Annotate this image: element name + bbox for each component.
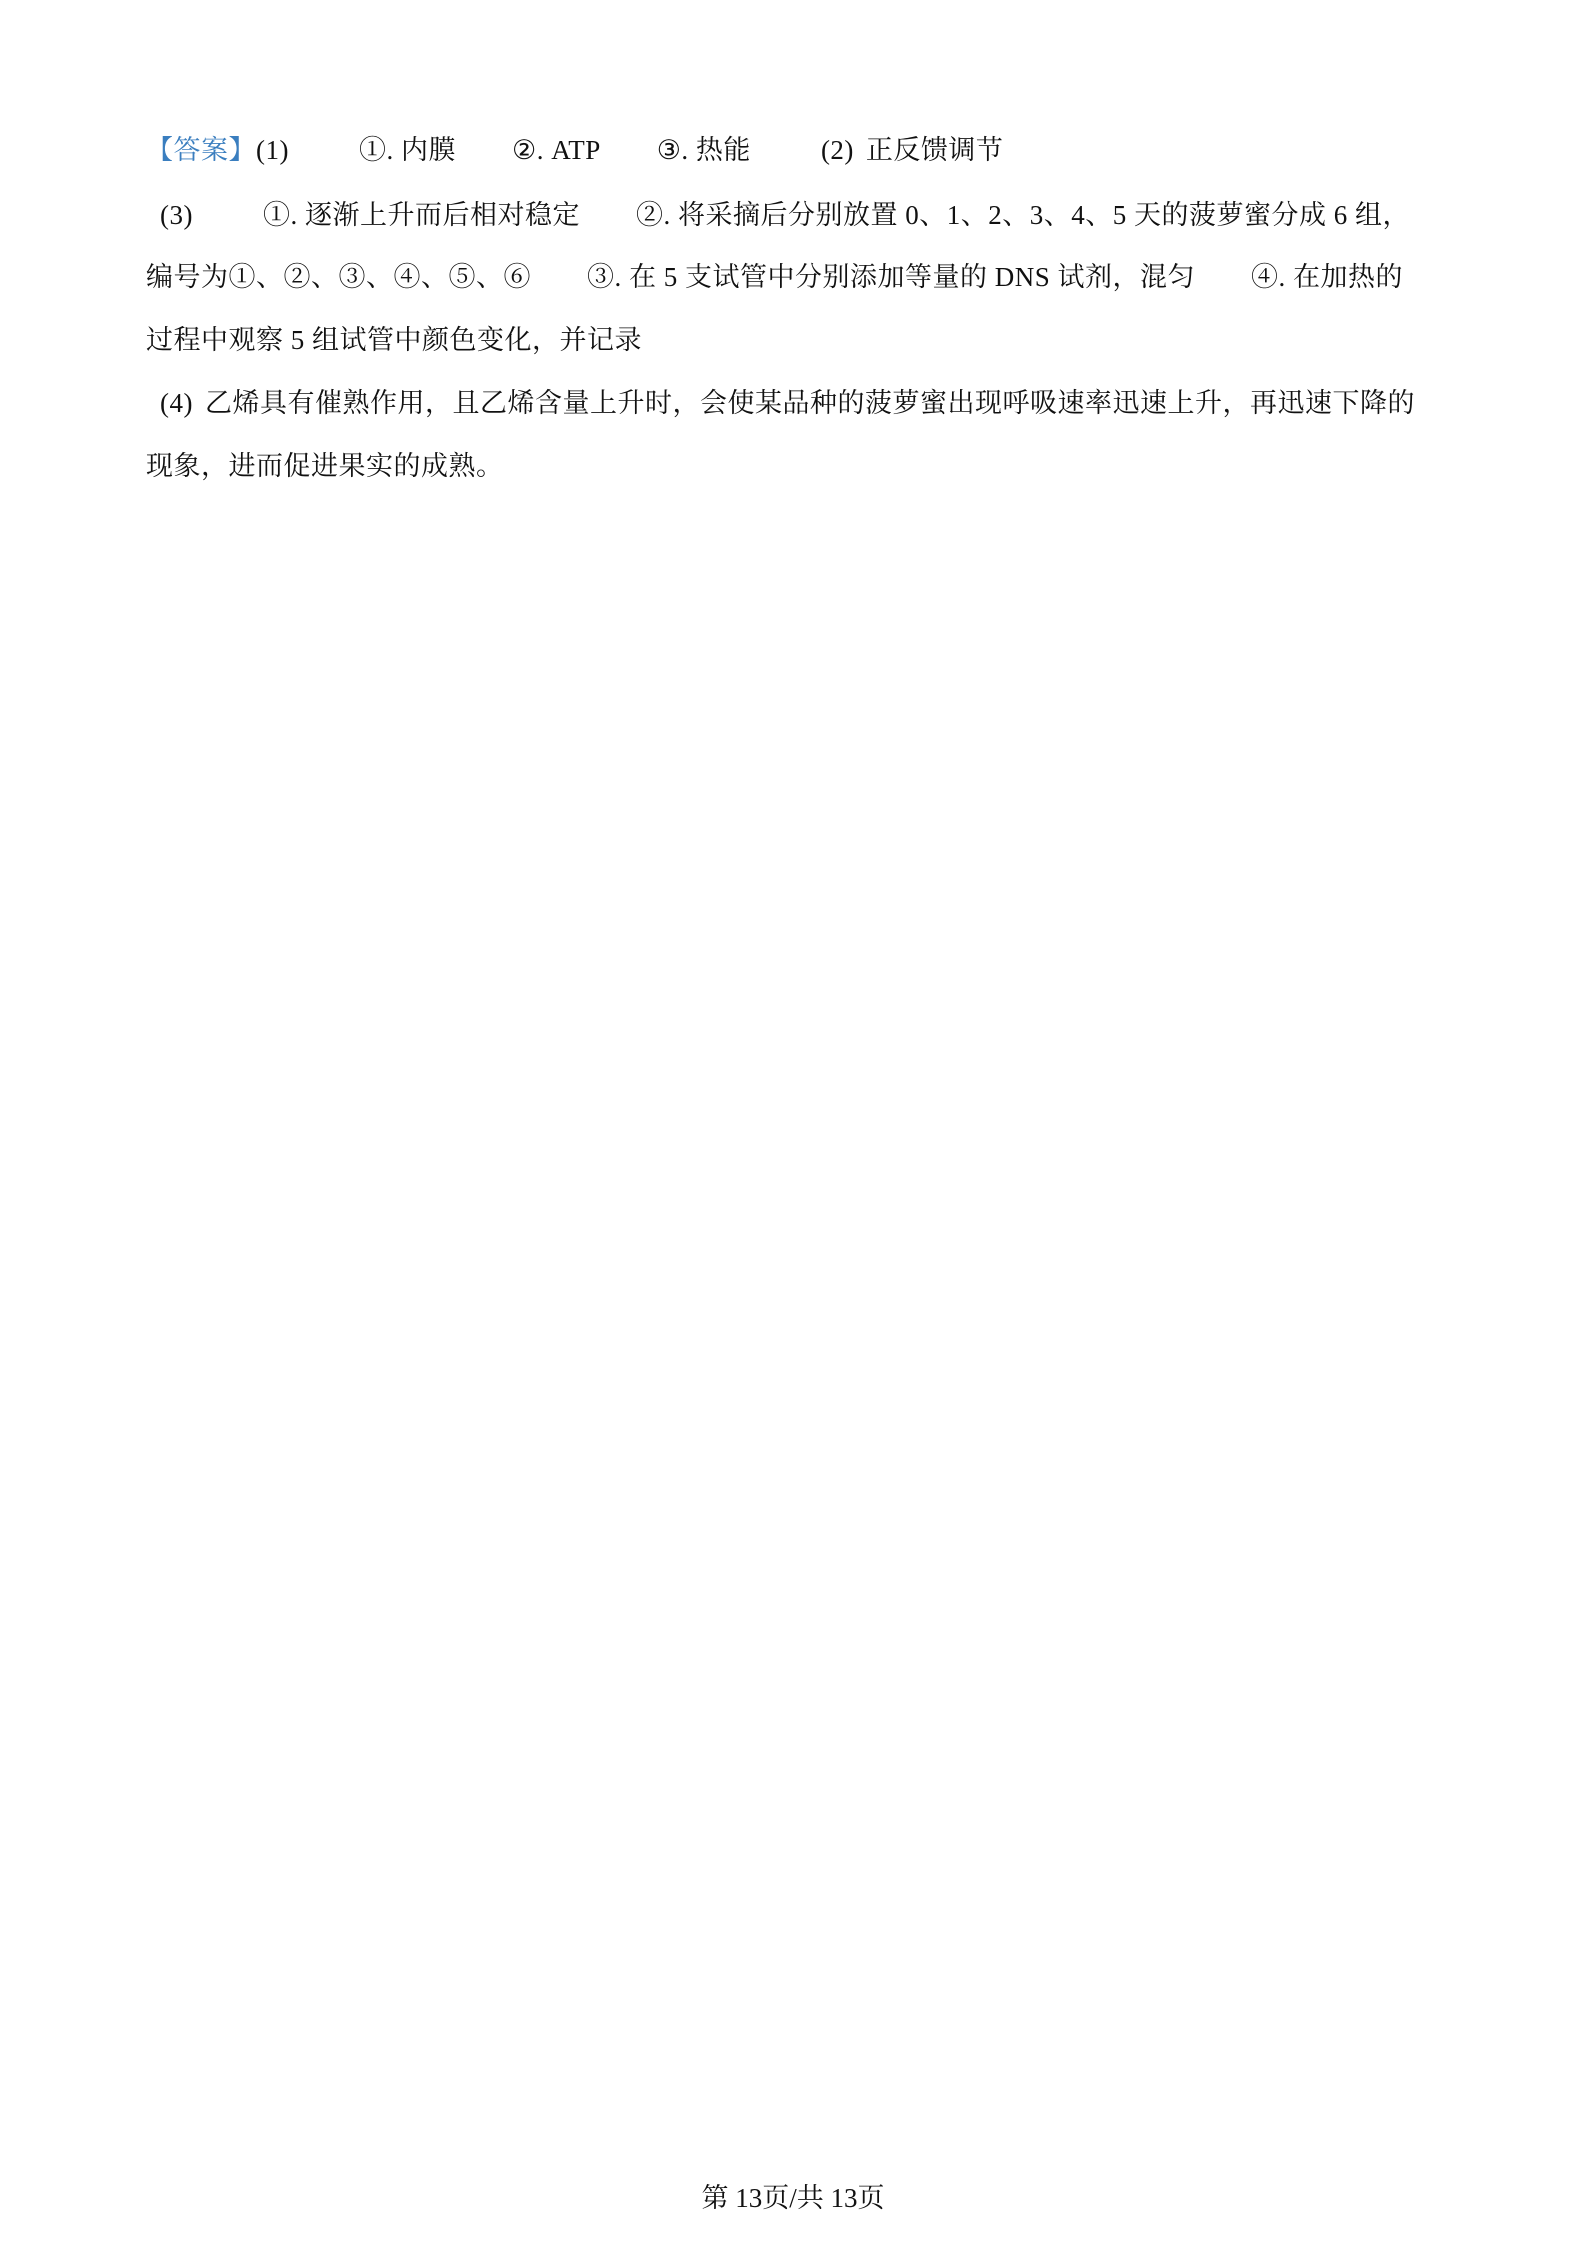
answer-label: 【答案】 [146, 135, 256, 165]
answer-line-q4-a: (4)乙烯具有催熟作用，且乙烯含量上升时，会使某品种的菠萝蜜出现呼吸速率迅速上升… [160, 383, 1415, 423]
q1-item-1: ①. 内膜 [359, 135, 456, 165]
answer-line-q3-a: (3)①. 逐渐上升而后相对稳定②. 将采摘后分别放置 0、1、2、3、4、5 … [160, 195, 1410, 235]
answer-line-q1-q2: 【答案】(1)①. 内膜②. ATP③. 热能(2)正反馈调节 [146, 130, 1003, 170]
q2-number: (2) [821, 135, 854, 165]
answer-line-q3-c: 过程中观察 5 组试管中颜色变化，并记录 [146, 320, 642, 360]
q4-text-part-1: 乙烯具有催熟作用，且乙烯含量上升时，会使某品种的菠萝蜜出现呼吸速率迅速上升，再迅… [205, 388, 1415, 418]
q3-item-1: ①. 逐渐上升而后相对稳定 [263, 200, 580, 230]
q3-item-2-part-2: 编号为①、②、③、④、⑤、⑥ [146, 262, 531, 292]
q2-text: 正反馈调节 [866, 135, 1004, 165]
document-page: 【答案】(1)①. 内膜②. ATP③. 热能(2)正反馈调节 (3)①. 逐渐… [0, 0, 1586, 2244]
page-indicator: 第 13页/共 13页 [701, 2183, 884, 2213]
answer-line-q4-b: 现象，进而促进果实的成熟。 [146, 446, 504, 486]
q3-item-4-part-1: ④. 在加热的 [1251, 262, 1403, 292]
q4-text-part-2: 现象，进而促进果实的成熟。 [146, 451, 504, 481]
q3-item-4-part-2: 过程中观察 5 组试管中颜色变化，并记录 [146, 325, 642, 355]
q1-item-3: ③. 热能 [657, 135, 751, 165]
q3-number: (3) [160, 200, 193, 230]
q3-item-3: ③. 在 5 支试管中分别添加等量的 DNS 试剂，混匀 [587, 262, 1195, 292]
q3-item-2-part-1: ②. 将采摘后分别放置 0、1、2、3、4、5 天的菠萝蜜分成 6 组， [636, 200, 1410, 230]
q4-number: (4) [160, 388, 193, 418]
q1-item-2: ②. ATP [512, 135, 601, 165]
page-footer: 第 13页/共 13页 [0, 2180, 1586, 2216]
q1-number: (1) [256, 135, 289, 165]
answer-line-q3-b: 编号为①、②、③、④、⑤、⑥③. 在 5 支试管中分别添加等量的 DNS 试剂，… [146, 257, 1403, 297]
